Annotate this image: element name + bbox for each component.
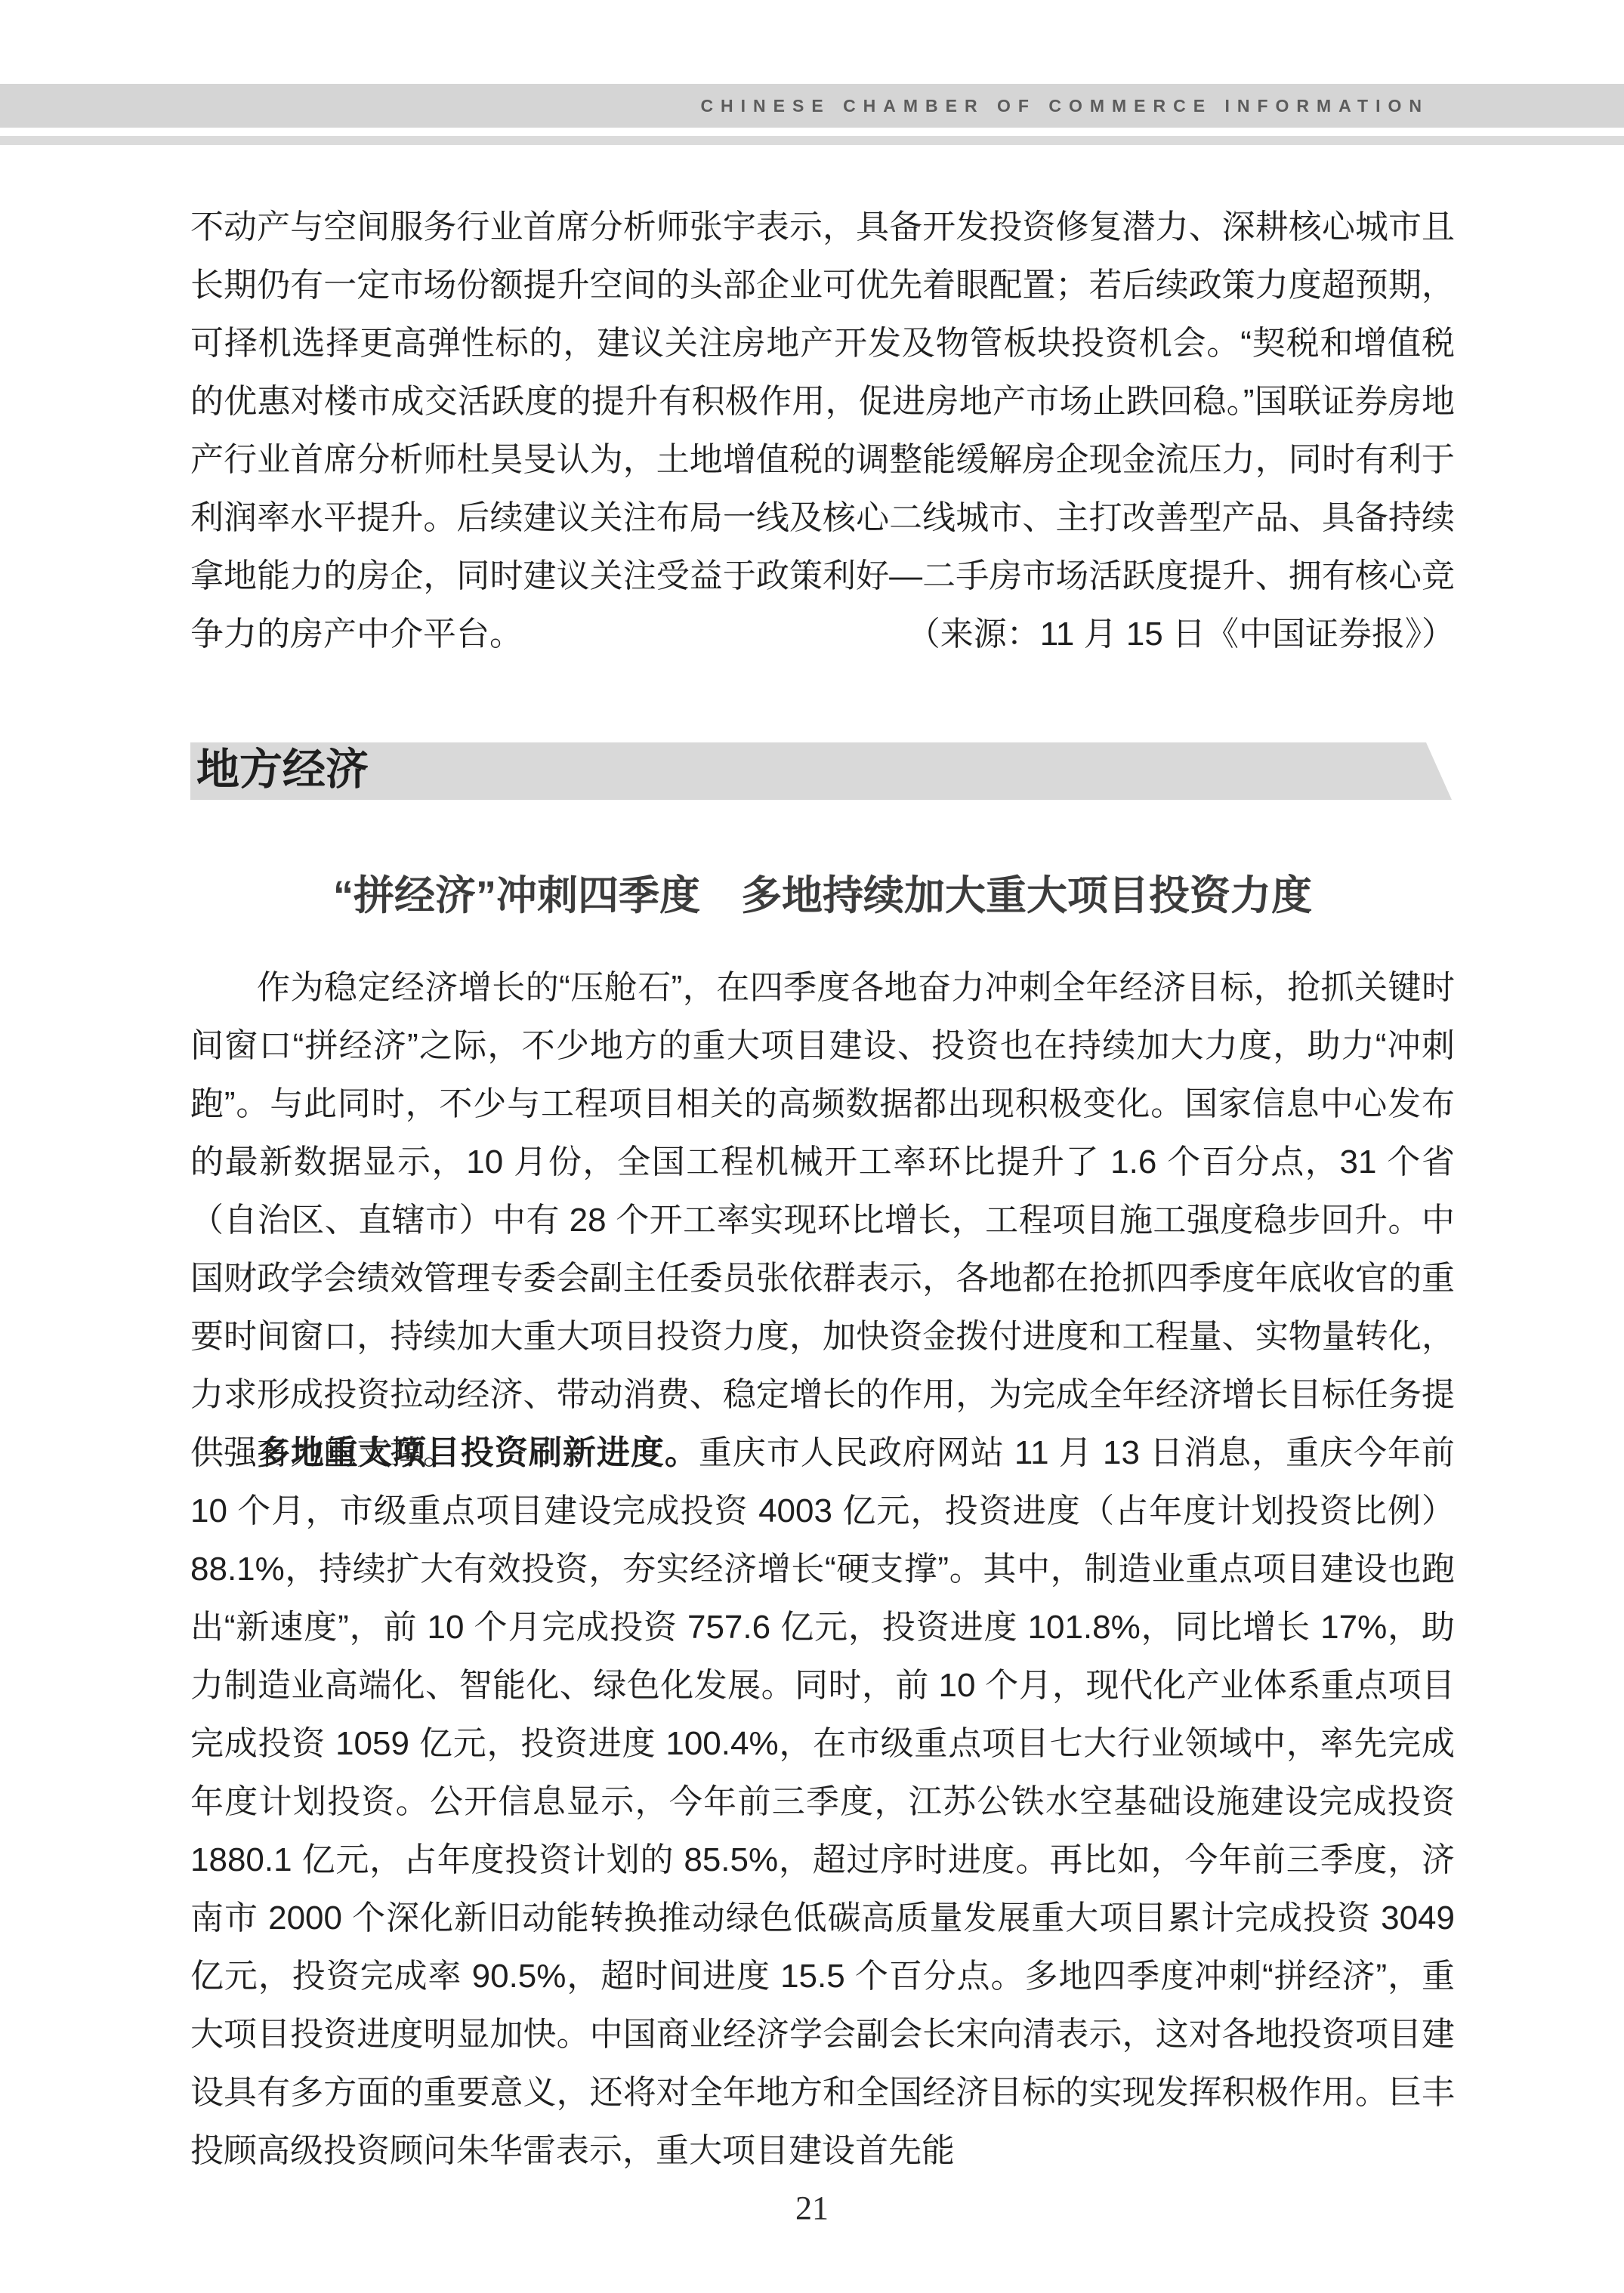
prev-article-paragraph: 不动产与空间服务行业首席分析师张宇表示，具备开发投资修复潜力、深耕核心城市且长期… xyxy=(190,198,1455,663)
article-title: “拼经济”冲刺四季度 多地持续加大重大项目投资力度 xyxy=(190,871,1455,921)
document-page: { "header": { "masthead": "CHINESE CHAMB… xyxy=(0,0,1624,2293)
source-attribution: （来源：11 月 15 日《中国证券报》） xyxy=(190,605,1455,663)
paragraph-rest: 重庆市人民政府网站 11 月 13 日消息，重庆今年前 10 个月，市级重点项目… xyxy=(190,1434,1455,2169)
article-paragraph-2: 多地重大项目投资刷新进度。重庆市人民政府网站 11 月 13 日消息，重庆今年前… xyxy=(190,1424,1455,2180)
masthead-text: CHINESE CHAMBER OF COMMERCE INFORMATION xyxy=(0,84,1624,128)
article-paragraph-1: 作为稳定经济增长的“压舱石”，在四季度各地奋力冲刺全年经济目标，抢抓关键时间窗口… xyxy=(190,958,1455,1482)
paragraph-lead-bold: 多地重大项目投资刷新进度。 xyxy=(257,1434,699,1471)
header-rule xyxy=(0,136,1624,145)
section-title: 地方经济 xyxy=(190,742,1452,798)
header-band: CHINESE CHAMBER OF COMMERCE INFORMATION xyxy=(0,84,1624,128)
page-number: 21 xyxy=(0,2189,1624,2227)
section-banner: 地方经济 xyxy=(190,742,1452,800)
